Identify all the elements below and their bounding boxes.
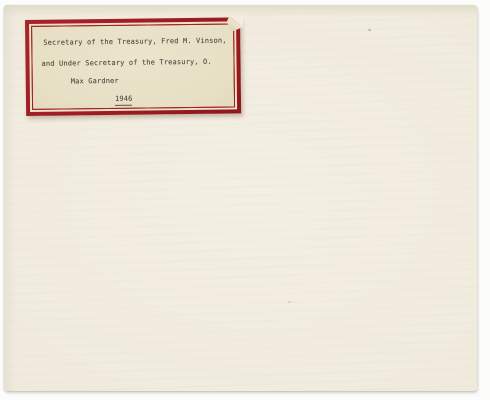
paper-speck [288, 301, 291, 303]
paper-speck [368, 28, 372, 31]
label-cream-frame: Secretary of the Treasury, Fred M. Vinso… [29, 21, 237, 112]
caption-line-1: Secretary of the Treasury, Fred M. Vinso… [43, 37, 226, 47]
caption-line-3: Max Gardner [71, 77, 119, 86]
scanned-photo-background: Secretary of the Treasury, Fred M. Vinso… [0, 0, 490, 400]
label-inner-panel: Secretary of the Treasury, Fred M. Vinso… [31, 23, 235, 109]
folded-corner [223, 15, 243, 32]
caption-line-2: and Under Secretary of the Treasury, O. [41, 58, 211, 68]
caption-label: Secretary of the Treasury, Fred M. Vinso… [25, 17, 241, 116]
caption-year: 1946 [115, 95, 133, 106]
envelope-paper: Secretary of the Treasury, Fred M. Vinso… [4, 5, 477, 391]
